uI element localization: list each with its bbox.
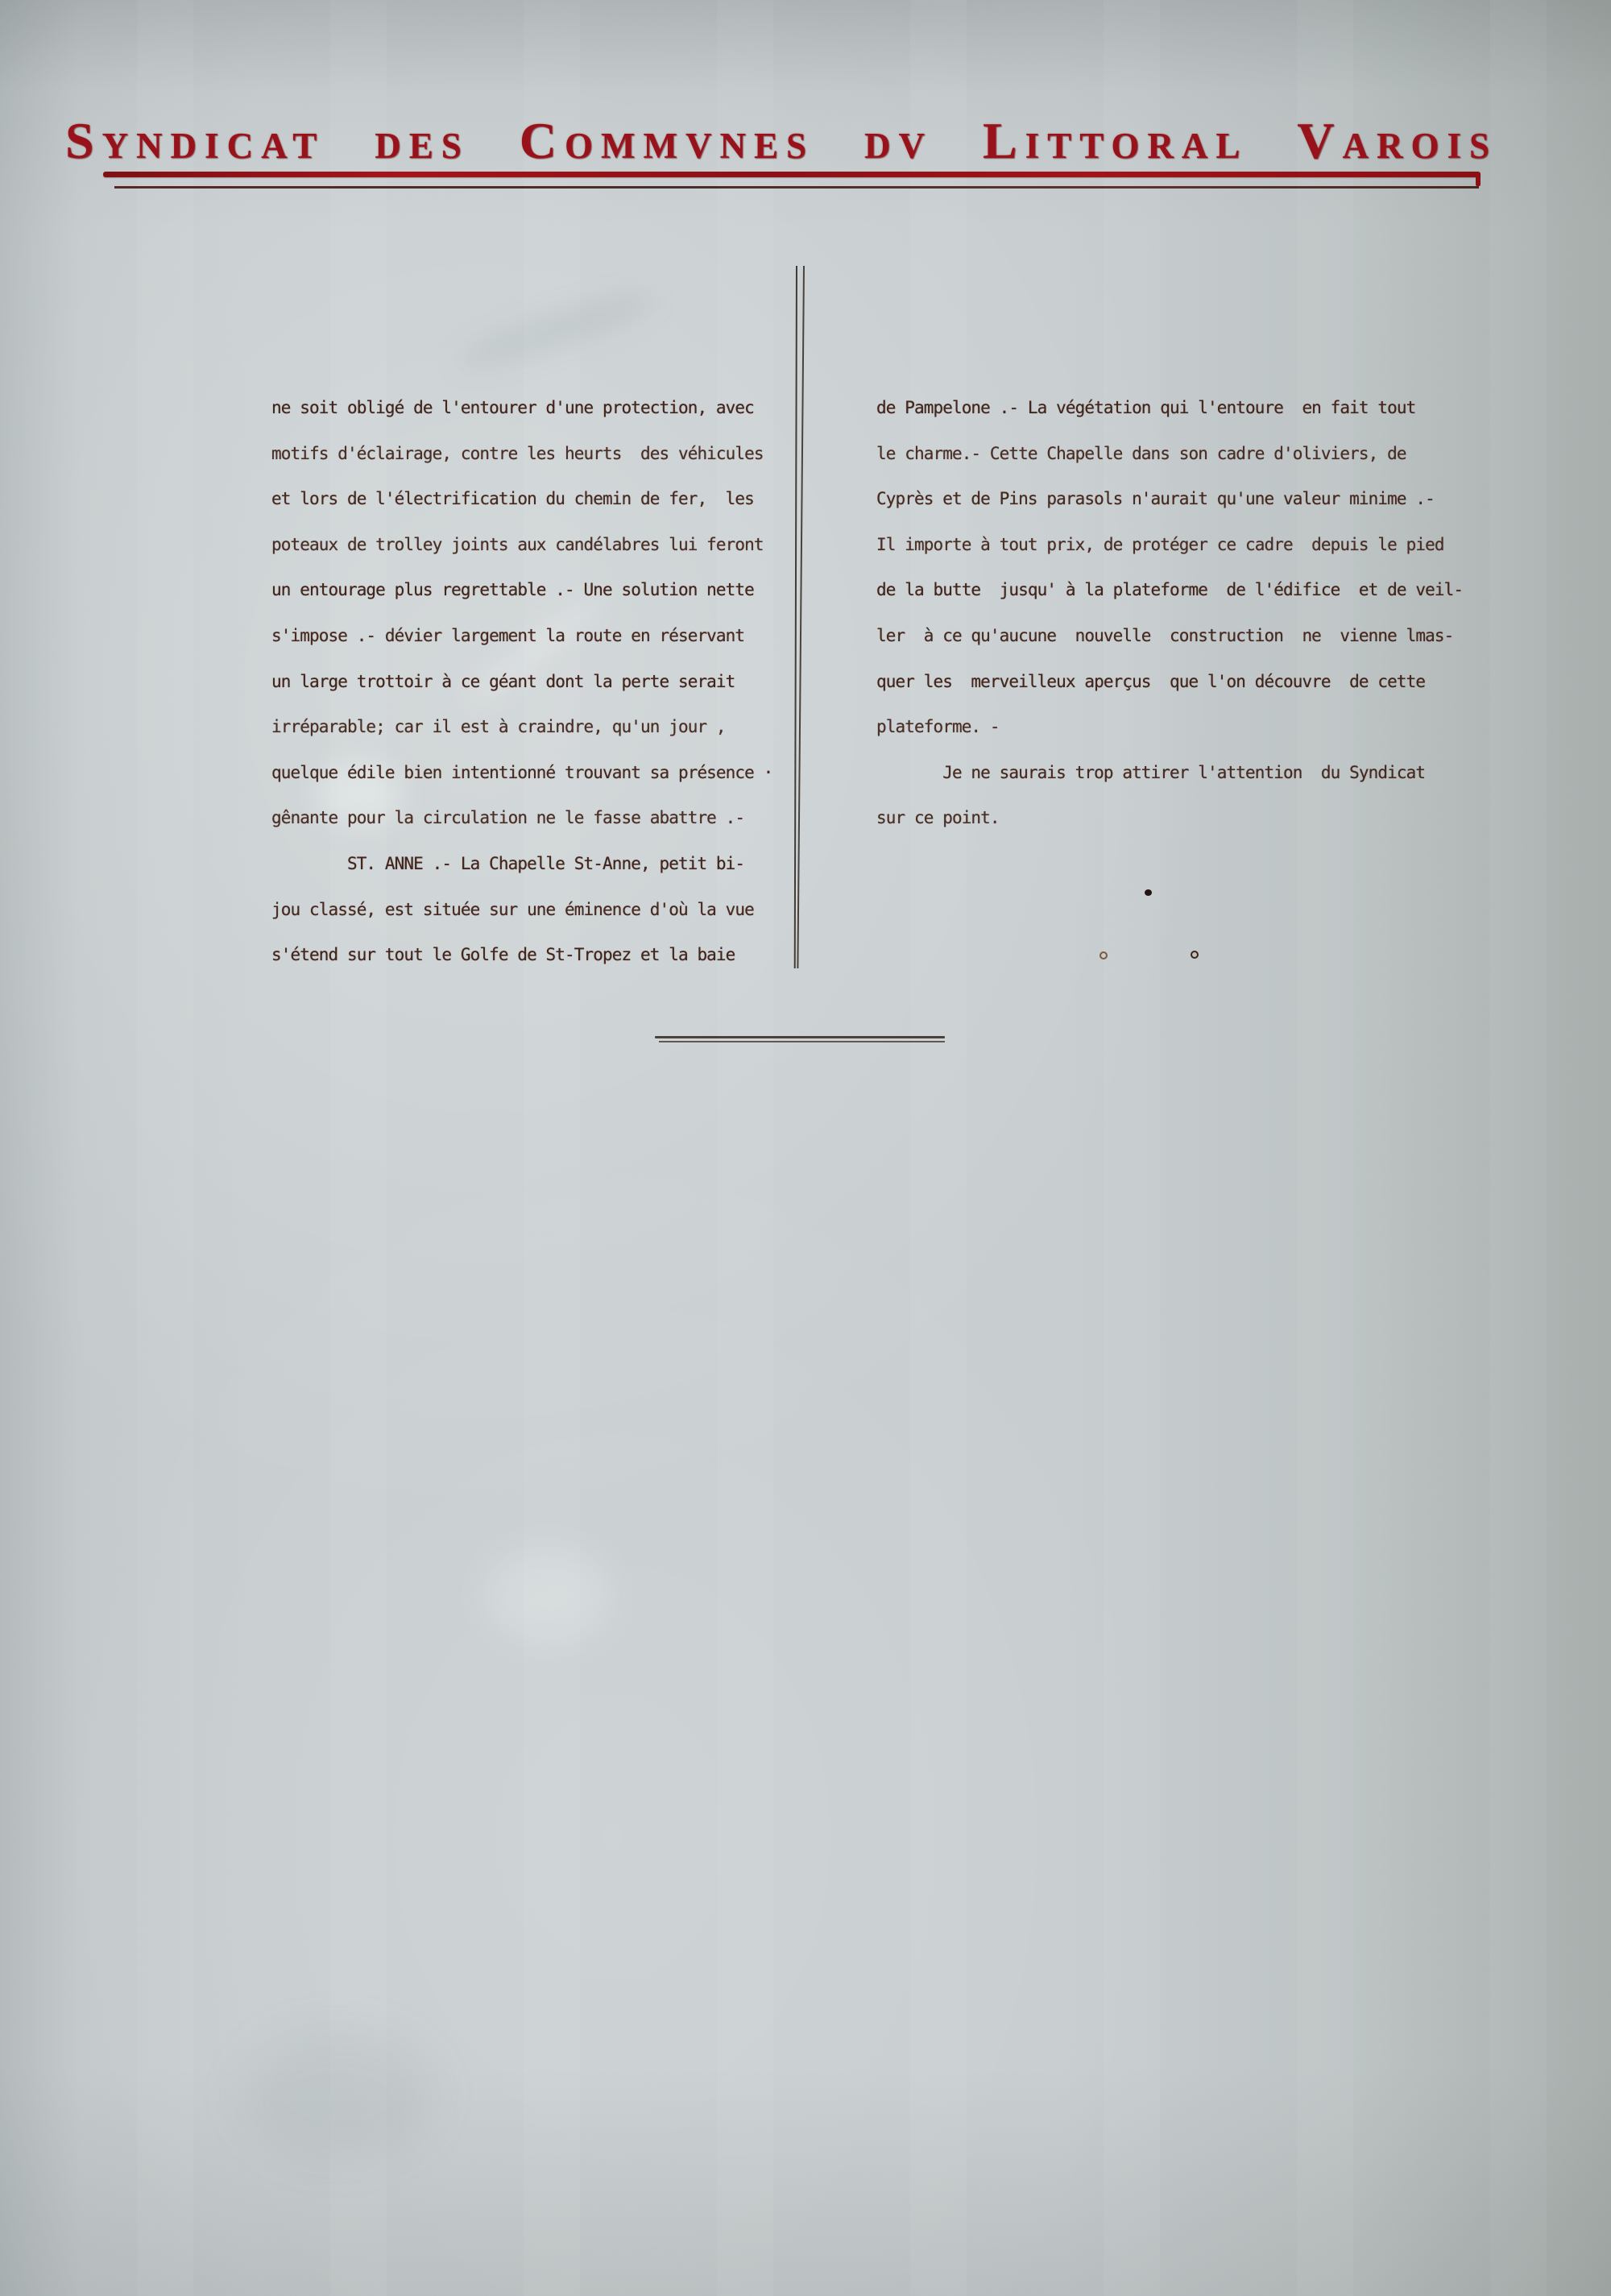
text-line: poteaux de trolley joints aux candélabre… <box>271 522 884 568</box>
closing-rule-bottom <box>659 1041 945 1042</box>
text-line: ler à ce qu'aucune nouvelle construction… <box>876 613 1569 659</box>
text-line: ST. ANNE .- La Chapelle St-Anne, petit b… <box>271 841 884 887</box>
paper-stain <box>483 1547 612 1643</box>
letterhead-underline-end-hook <box>1476 172 1481 186</box>
text-line: quelque édile bien intentionné trouvant … <box>271 750 884 796</box>
ink-ring <box>1191 951 1199 959</box>
right-column: de Pampelone .- La végétation qui l'ento… <box>876 385 1569 841</box>
text-line: quer les merveilleux aperçus que l'on dé… <box>876 659 1569 705</box>
text-line: ne soit obligé de l'entourer d'une prote… <box>271 385 884 431</box>
text-line: le charme.- Cette Chapelle dans son cadr… <box>876 431 1569 477</box>
text-line: un large trottoir à ce géant dont la per… <box>271 659 884 705</box>
text-line: irréparable; car il est à craindre, qu'u… <box>271 704 884 750</box>
letterhead-underline-secondary <box>114 186 1479 189</box>
left-column: ne soit obligé de l'entourer d'une prote… <box>271 385 884 978</box>
paper-stain <box>451 283 661 378</box>
text-line: de Pampelone .- La végétation qui l'ento… <box>876 385 1569 431</box>
paper-streaks <box>0 0 1611 2296</box>
text-line: et lors de l'électrification du chemin d… <box>271 476 884 522</box>
letterhead-title: Syndicat des Commvnes dv Littoral Varois <box>0 111 1563 171</box>
text-line: s'étend sur tout le Golfe de St-Tropez e… <box>271 932 884 978</box>
closing-rule-top <box>655 1036 945 1038</box>
text-line: Il importe à tout prix, de protéger ce c… <box>876 522 1569 568</box>
text-line: jou classé, est située sur une éminence … <box>271 887 884 933</box>
text-line: plateforme. - <box>876 704 1569 750</box>
text-line: s'impose .- dévier largement la route en… <box>271 613 884 659</box>
text-line: motifs d'éclairage, contre les heurts de… <box>271 431 884 477</box>
ink-dot <box>1145 889 1152 896</box>
text-line: Je ne saurais trop attirer l'attention d… <box>876 750 1569 796</box>
paper-stain <box>242 2030 435 2159</box>
text-line: un entourage plus regrettable .- Une sol… <box>271 567 884 613</box>
text-line: Cyprès et de Pins parasols n'aurait qu'u… <box>876 476 1569 522</box>
text-line: gênante pour la circulation ne le fasse … <box>271 795 884 841</box>
letterhead-underline-primary <box>103 172 1481 177</box>
paper-texture <box>0 0 1611 2296</box>
text-line: de la butte jusqu' à la plateforme de l'… <box>876 567 1569 613</box>
text-line: sur ce point. <box>876 795 1569 841</box>
ink-ring <box>1100 951 1108 959</box>
document-page: Syndicat des Commvnes dv Littoral Varois… <box>0 0 1611 2296</box>
